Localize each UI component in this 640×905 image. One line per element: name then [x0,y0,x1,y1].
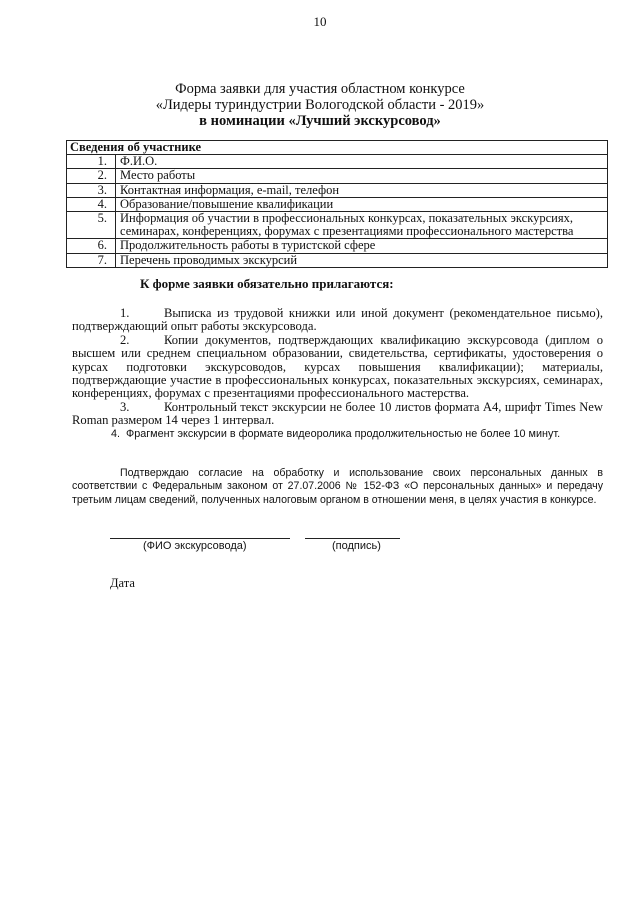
table-row: 6. Продолжительность работы в туристской… [67,239,608,253]
row-number: 4. [67,197,116,211]
row-number: 1. [67,155,116,169]
participant-info-table: Сведения об участнике 1. Ф.И.О. 2. Место… [66,140,608,268]
table-row: 3. Контактная информация, e-mail, телефо… [67,183,608,197]
attachment-item-4: 4. Фрагмент экскурсии в формате видеорол… [111,428,611,441]
name-signature-line [110,538,290,539]
row-number: 2. [67,169,116,183]
form-title-line-1: Форма заявки для участия областном конку… [0,81,640,97]
attachment-item-1: 1.Выписка из трудовой книжки или иной до… [72,307,603,334]
signature-label: (подпись) [332,540,381,552]
date-label: Дата [110,576,135,591]
row-label: Ф.И.О. [116,155,608,169]
table-row: 7. Перечень проводимых экскурсий [67,253,608,267]
row-label: Место работы [116,169,608,183]
row-number: 3. [67,183,116,197]
table-row: 2. Место работы [67,169,608,183]
item-number: 1. [120,307,164,320]
table-row: 1. Ф.И.О. [67,155,608,169]
item-text: Фрагмент экскурсии в формате видеоролика… [126,428,560,440]
signature-line [305,538,400,539]
attachment-item-3: 3.Контрольный текст экскурсии не более 1… [72,401,603,428]
row-label: Продолжительность работы в туристской сф… [116,239,608,253]
row-label: Перечень проводимых экскурсий [116,253,608,267]
page-number: 10 [0,14,640,30]
attachment-item-2: 2.Копии документов, подтверждающих квали… [72,334,603,400]
item-number: 4. [111,428,120,440]
item-number: 2. [120,334,164,347]
form-title-nomination: в номинации «Лучший экскурсовод» [0,113,640,129]
item-number: 3. [120,401,164,414]
table-header: Сведения об участнике [67,141,608,155]
table-row: 4. Образование/повышение квалификации [67,197,608,211]
row-label: Информация об участии в профессиональных… [116,212,608,239]
guide-name-label: (ФИО экскурсовода) [143,540,247,552]
row-label: Контактная информация, e-mail, телефон [116,183,608,197]
table-row: 5. Информация об участии в профессиональ… [67,212,608,239]
attachments-heading: К форме заявки обязательно прилагаются: [140,276,394,292]
table-header-row: Сведения об участнике [67,141,608,155]
row-number: 6. [67,239,116,253]
consent-paragraph: Подтверждаю согласие на обработку и испо… [72,467,603,507]
row-number: 5. [67,212,116,239]
consent-text: Подтверждаю согласие на обработку и испо… [72,467,603,506]
form-title-line-2: «Лидеры туриндустрии Вологодской области… [0,97,640,113]
row-number: 7. [67,253,116,267]
row-label: Образование/повышение квалификации [116,197,608,211]
